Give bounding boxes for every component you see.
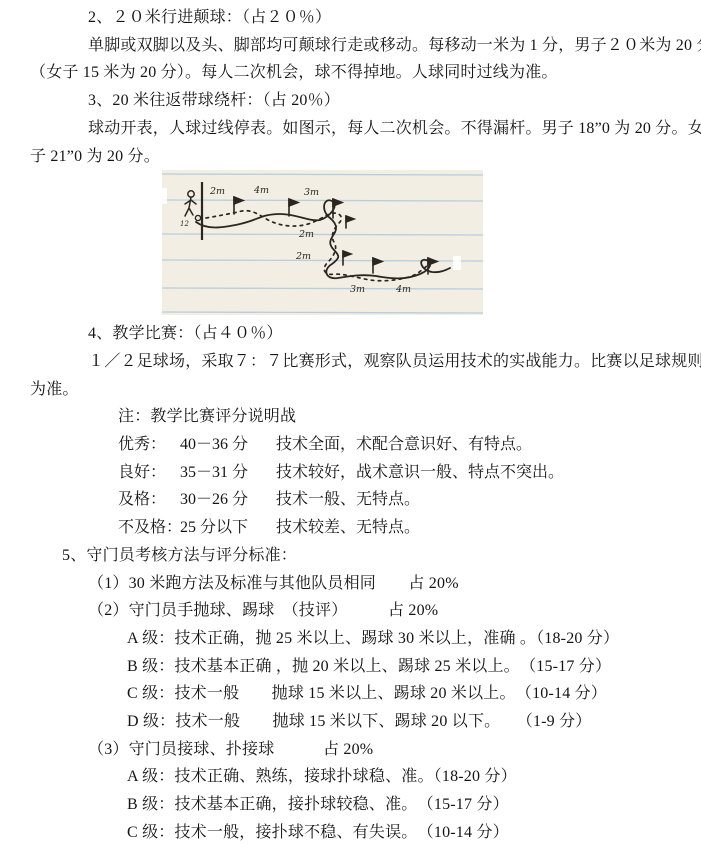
score-row: 良好：35－31 分技术较好，战术意识一般、特点不突出。 — [118, 459, 701, 487]
score-range: 30－26 分 — [180, 486, 276, 514]
gk-item-3: （3）守门员接球、扑接球 占 20% — [88, 736, 701, 764]
score-range: 35－31 分 — [180, 459, 276, 487]
section-2-body-2: （女子 15 米为 20 分）。每人二次机会，球不得掉地。人球同时过线为准。 — [30, 59, 701, 87]
gk-item-2-grade-d: D 级：技术一般 抛球 15 米以下、踢球 20 以下。 （1-9 分） — [127, 708, 701, 736]
section-3-title: 3、20 米往返带球绕杆：（占 20％） — [88, 87, 701, 115]
gk-item-2: （2）守门员手抛球、踢球 （技评） 占 20% — [88, 597, 701, 625]
grade-label: 优秀： — [118, 431, 180, 459]
score-desc: 技术较好，战术意识一般、特点不突出。 — [276, 459, 564, 487]
gk-item-2-grade-c: C 级：技术一般 抛球 15 米以上、踢球 20 米以上。 （10-14 分） — [127, 680, 701, 708]
distance-label: 4m — [253, 185, 269, 196]
score-desc: 技术较差、无特点。 — [276, 514, 420, 542]
gk-item-3-grade-a: A 级：技术正确、熟练，接球扑球稳、准。（18-20 分） — [127, 763, 701, 791]
distance-label: 3m — [304, 187, 319, 198]
gk-item-1: （1）30 米跑方法及标准与其他队员相同 占 20% — [88, 570, 701, 598]
slalom-course-diagram: 12 2m 4m 3m 2m 2m 3m 4m — [162, 170, 483, 315]
section-3-body-2: 子 21”0 为 20 分。 — [30, 143, 701, 171]
distance-label: 4m — [395, 284, 411, 295]
section-3-body-1: 球动开表，人球过线停表。如图示，每人二次机会。不得漏杆。男子 18”0 为 20… — [88, 115, 701, 143]
note-line: 注：教学比赛评分说明战 — [118, 403, 701, 431]
grade-label: 不及格： — [118, 514, 180, 542]
score-row: 及格：30－26 分技术一般、无特点。 — [118, 486, 701, 514]
score-row: 优秀：40－36 分技术全面，术配合意识好、有特点。 — [118, 431, 701, 459]
section-5-title: 5、守门员考核方法与评分标准： — [62, 542, 701, 570]
document-page: { "doc": { "top": [ "2、２０米行进颠球：（占２０％）", … — [0, 0, 701, 846]
grade-label: 良好： — [118, 459, 180, 487]
gk-item-2-grade-b: B 级：技术基本正确 ，抛 20 米以上、踢球 25 米以上。 （15-17 分… — [127, 653, 701, 681]
distance-label: 2m — [209, 186, 225, 197]
distance-label: 2m — [298, 229, 314, 240]
section-2-body-1: 单脚或双脚以及头、脚部均可颠球行走或移动。每移动一米为 1 分，男子２０米为 2… — [88, 32, 701, 60]
document-body: 2、２０米行进颠球：（占２０％） 单脚或双脚以及头、脚部均可颠球行走或移动。每移… — [0, 0, 701, 846]
gk-item-3-grade-c: C 级：技术一般，接扑球不稳、有失误。 （10-14 分） — [127, 819, 701, 846]
section-4-body-1: １／２足球场，采取７：７比赛形式，观察队员运用技术的实战能力。比赛以足球规则 — [88, 348, 701, 376]
distance-label: 2m — [295, 251, 311, 262]
section-4-body-2: 为准。 — [30, 376, 701, 404]
gk-item-3-grade-b: B 级：技术基本正确，接扑球较稳、准。 （15-17 分） — [127, 791, 701, 819]
start-mark-label: 12 — [180, 220, 189, 228]
score-range: 25 分以下 — [180, 514, 276, 542]
section-2-title: 2、２０米行进颠球：（占２０％） — [88, 4, 701, 32]
score-range: 40－36 分 — [180, 431, 276, 459]
score-desc: 技术全面，术配合意识好、有特点。 — [276, 431, 532, 459]
score-row: 不及格：25 分以下技术较差、无特点。 — [118, 514, 701, 542]
score-desc: 技术一般、无特点。 — [276, 486, 420, 514]
distance-label: 3m — [350, 284, 365, 295]
section-4-title: 4、教学比赛：（占４０％） — [88, 320, 701, 348]
gk-item-2-grade-a: A 级：技术正确，抛 25 米以上、踢球 30 米以上，准确 。（18-20 分… — [127, 625, 701, 653]
grade-label: 及格： — [118, 486, 180, 514]
